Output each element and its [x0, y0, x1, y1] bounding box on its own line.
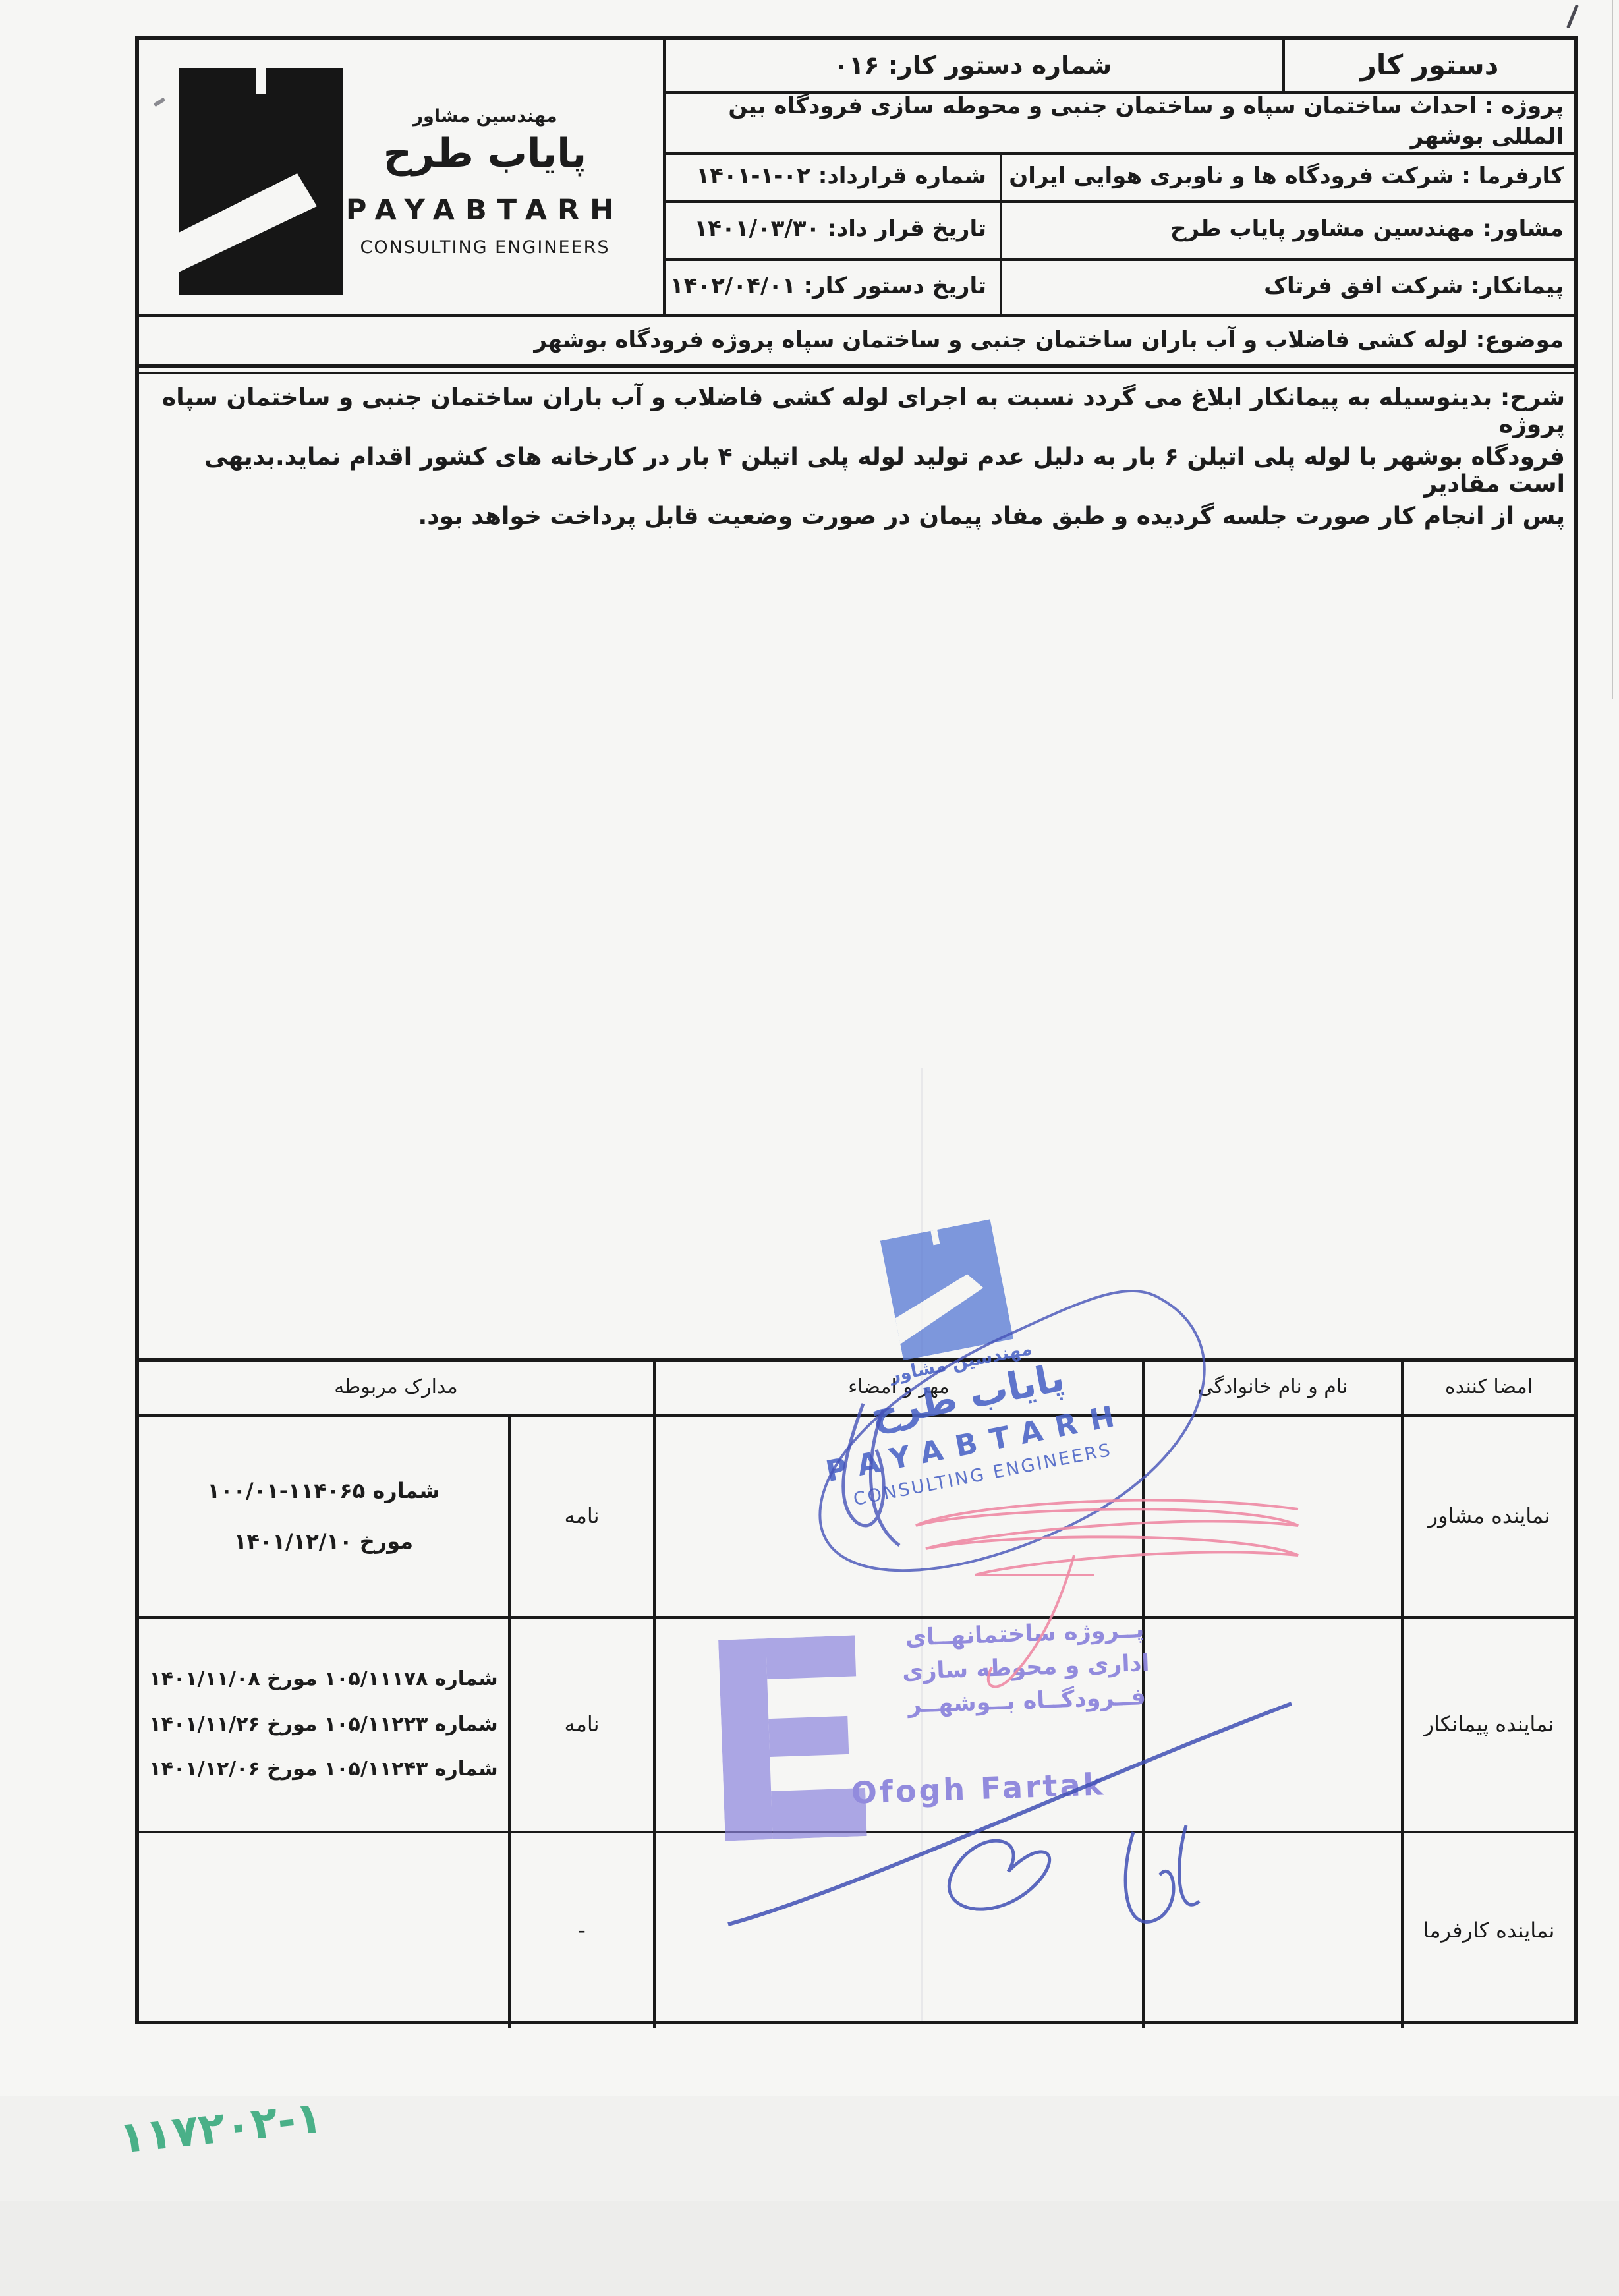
- logo-fa-small: مهندسین مشاور: [333, 106, 637, 127]
- doc-ref: شماره ۱۰۵/۱۱۲۴۳ مورخ ۱۴۰۱/۱۲/۰۶: [149, 1756, 497, 1783]
- client-row: کارفرما : شرکت فرودگاه ها و ناوبری هوایی…: [1002, 155, 1574, 198]
- order-number: شماره دستور کار: ۰۱۶: [666, 40, 1280, 91]
- doc-ref: شماره ۱۰۵/۱۱۱۷۸ مورخ ۱۴۰۱/۱۱/۰۸: [149, 1666, 497, 1693]
- order-date: تاریخ دستور کار: ۱۴۰۲/۰۴/۰۱: [666, 261, 997, 312]
- grid-line: [1142, 1358, 1145, 2028]
- logo-fa-big: پایاب طرح: [333, 130, 637, 177]
- subject-row: موضوع: لوله کشی فاضلاب و آب باران ساختما…: [139, 317, 1574, 364]
- company-logo: مهندسین مشاور پایاب طرح PAYABTARH CONSUL…: [139, 40, 663, 314]
- green-handwritten-note: ۱۱۷۲۰۲-۱: [117, 2092, 325, 2164]
- description-line-1: شرح: بدینوسیله به پیمانکار ابلاغ می گردد…: [143, 384, 1570, 438]
- project-row: پروژه : احداث ساختمان سپاه و ساختمان جنب…: [666, 94, 1574, 150]
- description-line-2: فرودگاه بوشهر با لوله پلی اتیلن ۶ بار به…: [143, 444, 1570, 498]
- scanned-page: مهندسین مشاور پایاب طرح PAYABTARH CONSUL…: [0, 0, 1619, 2296]
- logo-mark: [179, 68, 343, 295]
- contract-number: شماره قرارداد: ۰۲-۱-۱۴۰۱: [666, 155, 997, 198]
- sig-row-doc-type: -: [511, 1833, 653, 2028]
- grid-line: [139, 364, 1574, 368]
- contract-date: تاریخ قرار داد: ۱۴۰۱/۰۳/۳۰: [666, 203, 997, 256]
- sig-row-doc-type: نامه: [511, 1619, 653, 1831]
- contractor-row: پیمانکار: شرکت افق فرتاک: [1002, 261, 1574, 312]
- sig-header-docs: مدارک مربوطه: [139, 1361, 653, 1414]
- logo-text-block: مهندسین مشاور پایاب طرح PAYABTARH CONSUL…: [333, 106, 637, 258]
- logo-en-big: PAYABTARH: [333, 194, 637, 227]
- doc-ref: مورخ ۱۴۰۱/۱۲/۱۰: [234, 1528, 413, 1556]
- sig-row-docs: شماره ۱۱۴۰۶۵-۱۰۰/۰۱ مورخ ۱۴۰۱/۱۲/۱۰: [139, 1417, 508, 1616]
- grid-line: [139, 372, 1574, 374]
- scan-band-dark: [0, 2201, 1619, 2296]
- sig-row-signer: نماینده پیمانکار: [1404, 1619, 1574, 1831]
- sig-header-name: نام و نام خانوادگی: [1145, 1361, 1401, 1414]
- logo-en-small: CONSULTING ENGINEERS: [333, 237, 637, 258]
- doc-ref: شماره ۱۱۴۰۶۵-۱۰۰/۰۱: [207, 1477, 440, 1505]
- work-order-form: مهندسین مشاور پایاب طرح PAYABTARH CONSUL…: [135, 36, 1578, 2024]
- grid-line: [653, 1358, 656, 2028]
- sig-row-docs: شماره ۱۰۵/۱۱۱۷۸ مورخ ۱۴۰۱/۱۱/۰۸ شماره ۱۰…: [139, 1619, 508, 1831]
- sig-row-signer: نماینده مشاور: [1404, 1417, 1574, 1616]
- sig-header-signer: امضا کننده: [1404, 1361, 1574, 1414]
- grid-line: [139, 1831, 1574, 1833]
- sig-row-signer: نماینده کارفرما: [1404, 1833, 1574, 2028]
- sig-header-stamp: مهر و امضاء: [656, 1361, 1142, 1414]
- doc-ref: شماره ۱۰۵/۱۱۲۲۳ مورخ ۱۴۰۱/۱۱/۲۶: [149, 1711, 497, 1738]
- scan-edge-line: [1612, 0, 1613, 699]
- sig-row-doc-type: نامه: [511, 1417, 653, 1616]
- corner-pen-mark: [1566, 4, 1579, 28]
- form-title: دستور کار: [1285, 40, 1574, 91]
- consultant-row: مشاور: مهندسین مشاور پایاب طرح: [1002, 203, 1574, 256]
- description-line-3: پس از انجام کار صورت جلسه گردیده و طبق م…: [143, 503, 1570, 530]
